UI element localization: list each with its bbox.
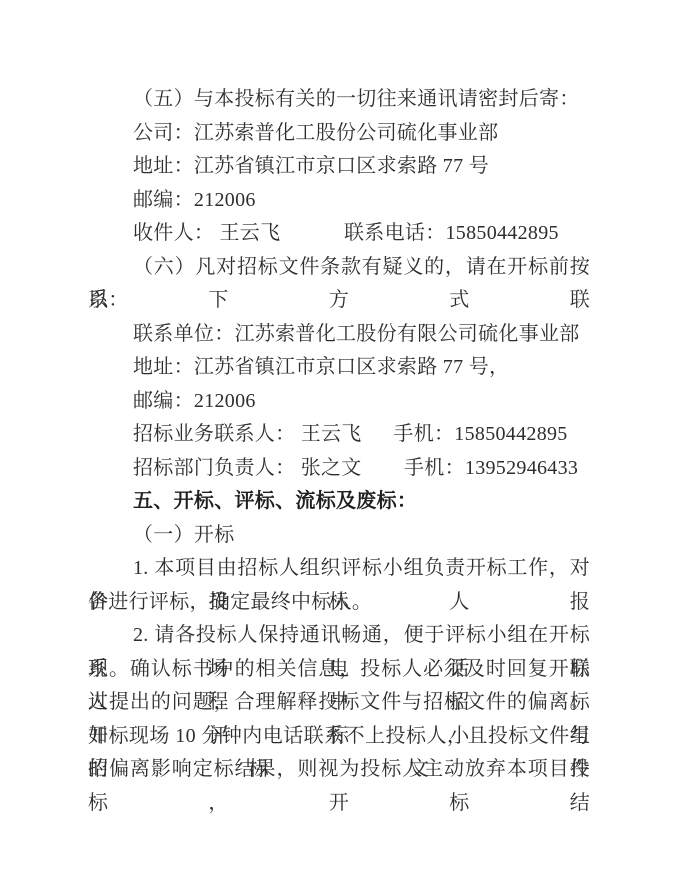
address-line-2: 地址：江苏省镇江市京口区求索路 77 号，: [88, 351, 590, 385]
chapter-5-heading-line: 五、开标、评标、流标及废标：: [88, 485, 590, 519]
para-2-line-2: 系。确认标书中的相关信息，投标人必须及时回复开标过程中招标: [88, 653, 590, 687]
postcode-line: 邮编：212006: [88, 184, 590, 218]
contact-unit-line: 联系单位：江苏索普化工股份有限公司硫化事业部: [88, 318, 590, 352]
company-line: 公司：江苏索普化工股份公司硫化事业部: [88, 117, 590, 151]
para-2-line-5: 的偏离影响定标结果，则视为投标人主动放弃本项目投标，开标结: [88, 753, 590, 787]
postcode-line-2: 邮编：212006: [88, 385, 590, 419]
para-2-line-1: 2. 请各投标人保持通讯畅通，便于评标小组在开标现场电话联: [88, 619, 590, 653]
para-1-line-1: 1. 本项目由招标人组织评标小组负责开标工作，对各投标人报: [88, 552, 590, 586]
document-page: （五）与本投标有关的一切往来通讯请密封后寄： 公司：江苏索普化工股份公司硫化事业…: [0, 0, 680, 880]
para-2-line-4: 开标现场 10 分钟内电话联系不上投标人，且投标文件与招标文件: [88, 720, 590, 754]
recipient-phone-line: 收件人： 王云飞 联系电话：15850442895: [88, 217, 590, 251]
subsection-open-bid-line: （一）开标: [88, 519, 590, 553]
department-head-line: 招标部门负责人： 张之文 手机：13952946433: [88, 452, 590, 486]
section-5-title-line: （五）与本投标有关的一切往来通讯请密封后寄：: [88, 83, 590, 117]
para-2-line-3: 人提出的问题，合理解释投标文件与招标文件的偏离。如评标小组: [88, 686, 590, 720]
section-6-title-line-1: （六）凡对招标文件条款有疑义的，请在开标前按以下方式联: [88, 251, 590, 285]
address-line: 地址：江苏省镇江市京口区求索路 77 号: [88, 150, 590, 184]
business-contact-line: 招标业务联系人： 王云飞 手机：15850442895: [88, 418, 590, 452]
